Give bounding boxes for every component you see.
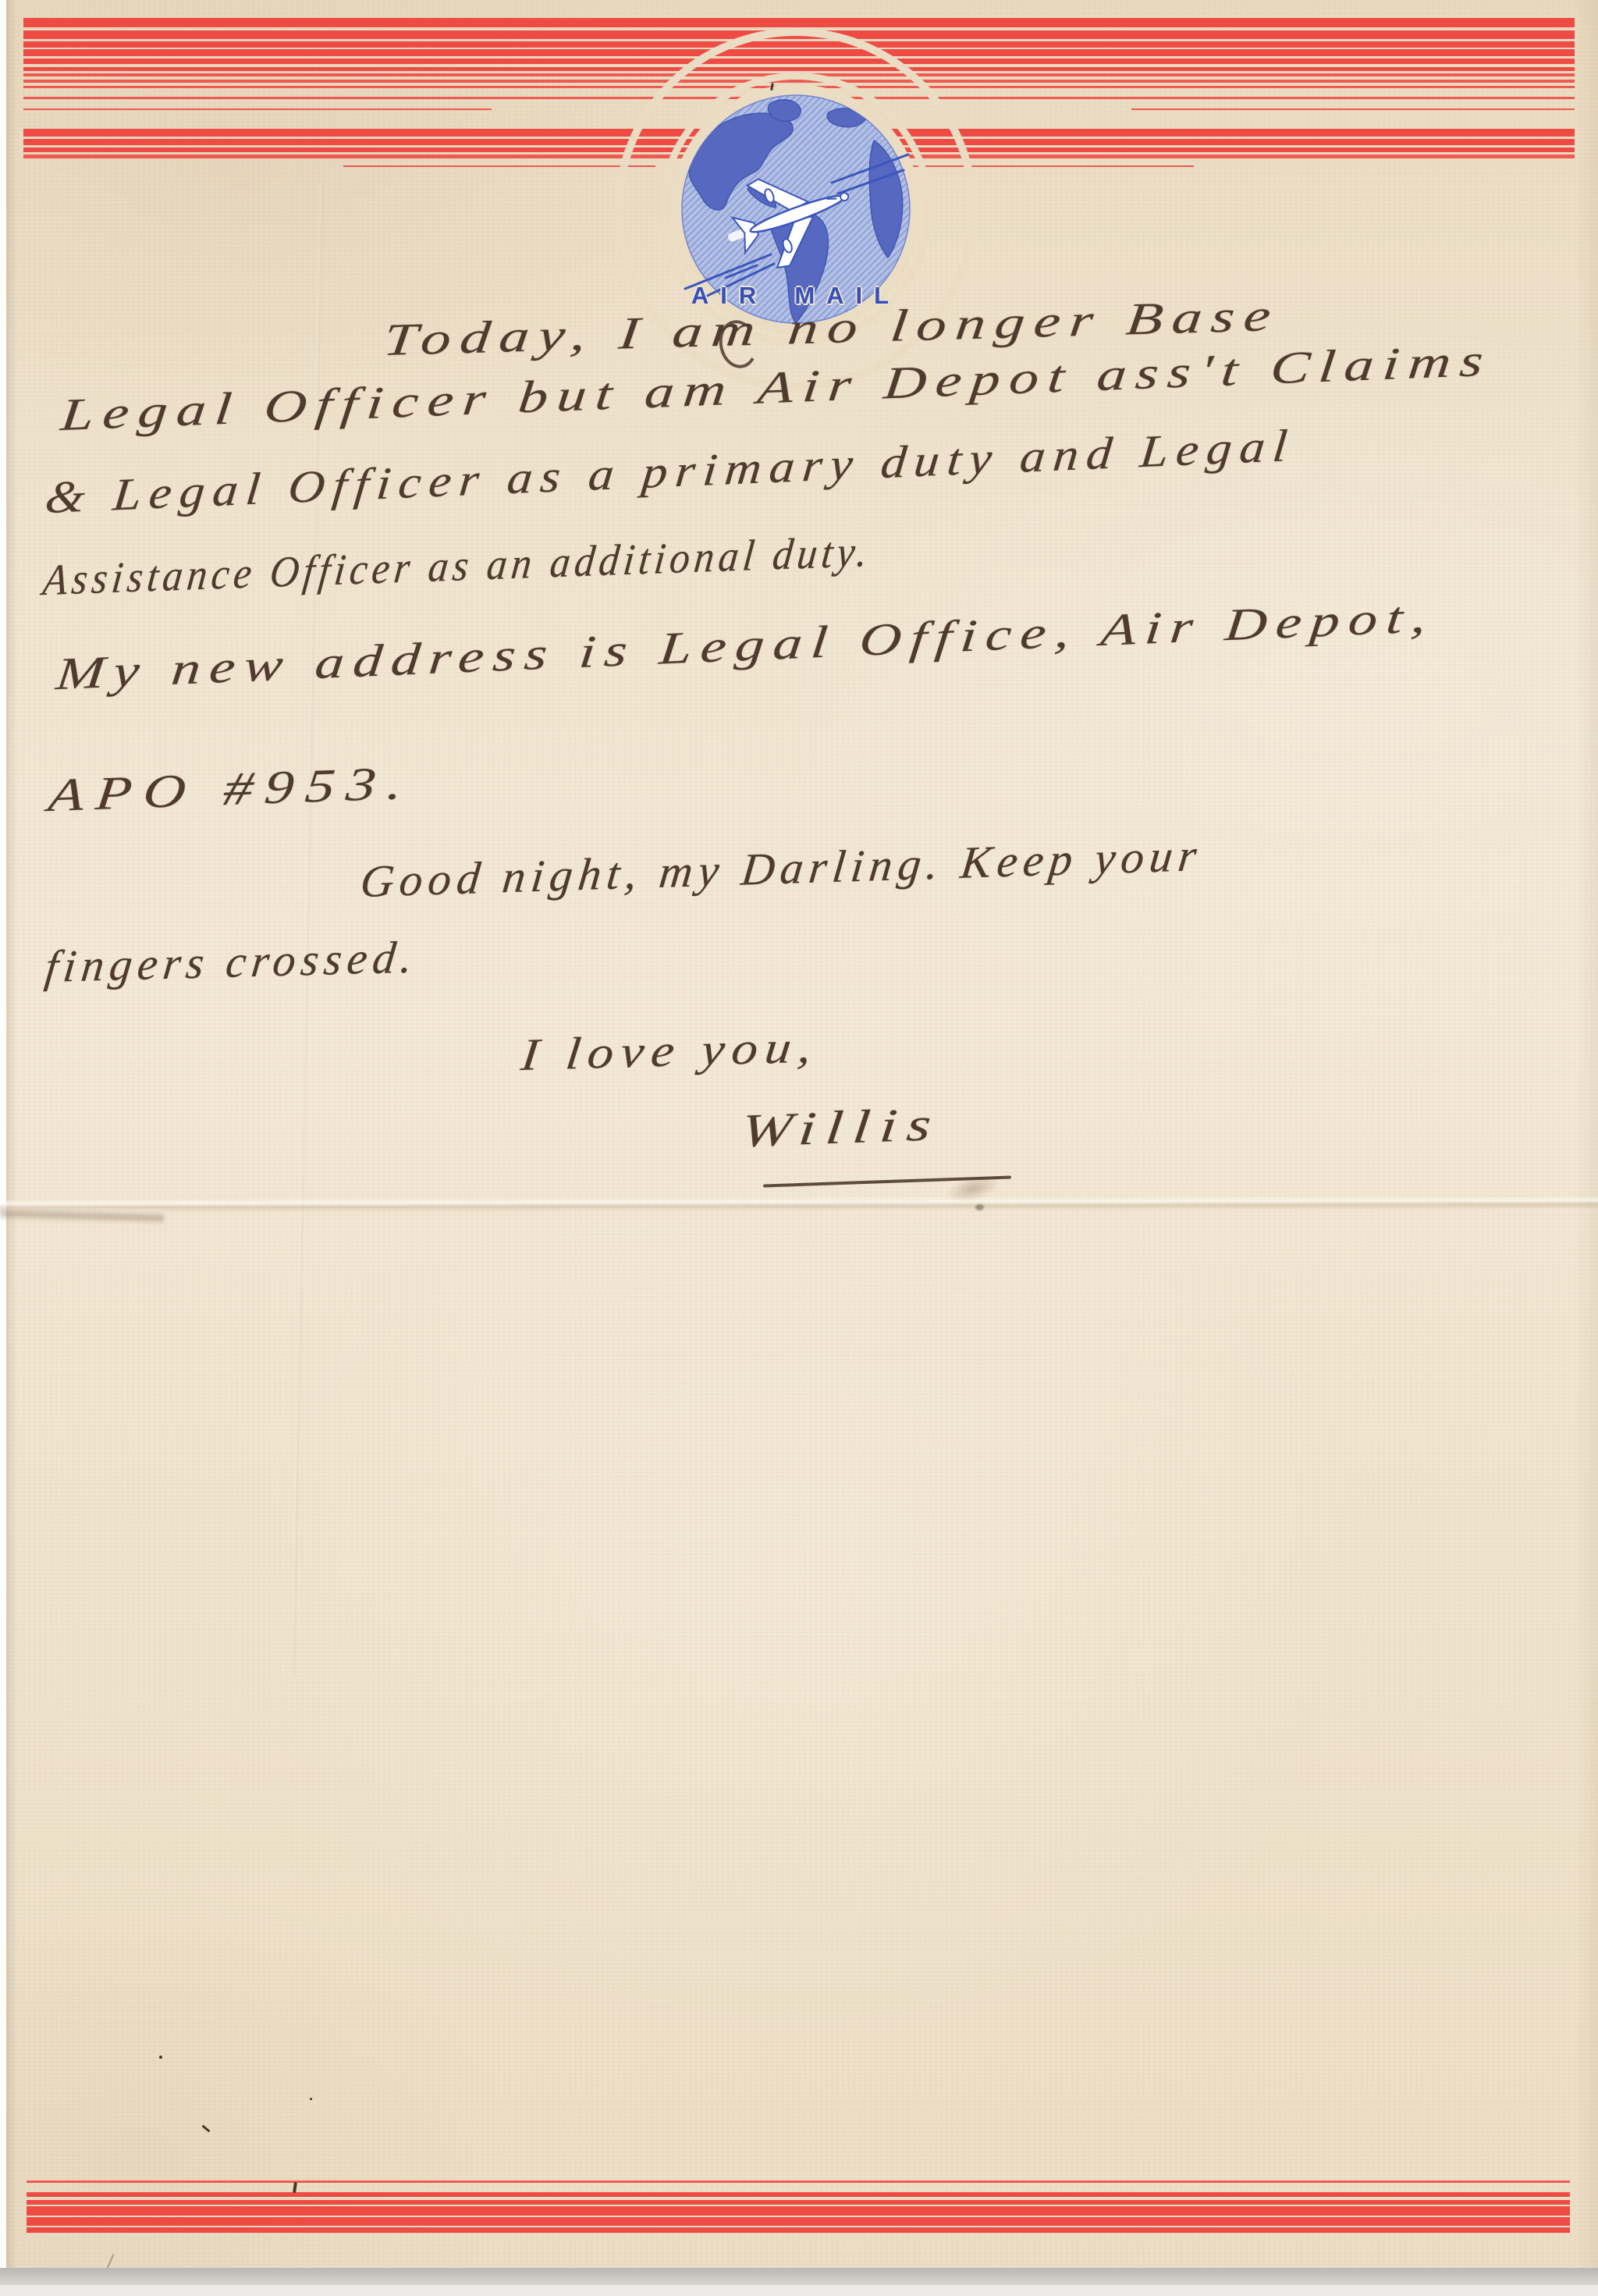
handwritten-line: fingers crossed. [43,930,421,993]
handwritten-line: I love you, [519,1020,822,1081]
red-stripe [23,18,1575,27]
scan-edge-light [0,2285,1598,2296]
paper-speck [159,2056,162,2059]
red-stripe [27,2180,1570,2183]
scanned-letter-page: AIR MAIL Today, I am no longer Base Lega… [0,0,1598,2296]
red-stripe [27,2206,1570,2216]
red-stripe [27,2227,1570,2233]
red-stripe [27,2217,1570,2226]
scan-edge [0,2268,1598,2285]
signature: Willis [739,1097,944,1158]
red-stripe [1131,108,1575,110]
paper-right-edge-shadow [1575,0,1598,2269]
paper-left-edge-shadow [6,0,17,2269]
red-stripe [343,165,655,167]
red-stripe [27,2192,1570,2197]
red-stripe [23,108,492,110]
red-stripe [27,2200,1570,2205]
paper-blemish-dot [975,1204,984,1210]
paper-speck [310,2098,312,2100]
